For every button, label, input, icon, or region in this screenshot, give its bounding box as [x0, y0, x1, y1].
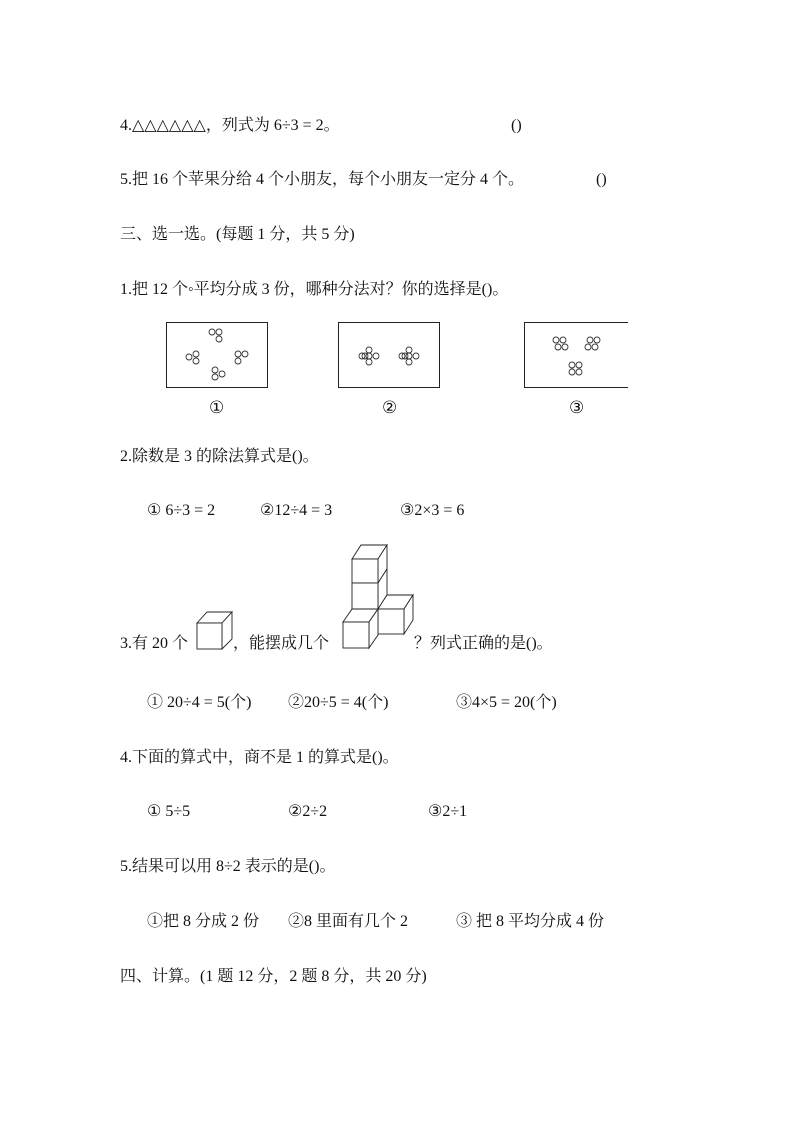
- q3-option-1[interactable]: ① 20÷4 = 5(个): [147, 693, 251, 713]
- q2-option-3[interactable]: ③2×3 = 6: [400, 501, 464, 521]
- figure-label-3[interactable]: ③: [569, 398, 584, 418]
- cube-stack-icon: [342, 543, 414, 651]
- q2-option-1[interactable]: ① 6÷3 = 2: [147, 501, 215, 521]
- judge-answer-5[interactable]: (): [596, 170, 607, 190]
- section-3-heading: 三、选一选。(每题 1 分，共 5 分): [120, 225, 355, 245]
- q4-option-3[interactable]: ③2÷1: [428, 802, 467, 822]
- choice-question-3-part-a: 3.有 20 个: [120, 634, 188, 654]
- choice-question-3-part-c: ？列式正确的是()。: [414, 634, 553, 654]
- judge-answer-4[interactable]: (): [511, 116, 522, 136]
- choice-question-2: 2.除数是 3 的除法算式是()。: [120, 447, 319, 467]
- figure-option-2: [338, 322, 440, 388]
- q3-option-2[interactable]: ②20÷5 = 4(个): [288, 693, 388, 713]
- single-cube-icon: [196, 608, 236, 650]
- q5-option-1[interactable]: ①把 8 分成 2 份: [147, 912, 259, 932]
- choice-question-3-part-b: ，能摆成几个: [233, 634, 329, 654]
- choice-question-5: 5.结果可以用 8÷2 表示的是()。: [120, 857, 335, 877]
- circle-groups-figure-3: [525, 323, 629, 389]
- q4-option-1[interactable]: ① 5÷5: [147, 802, 190, 822]
- figure-option-3: [524, 322, 628, 388]
- q3-option-3[interactable]: ③4×5 = 20(个): [456, 693, 557, 713]
- circle-groups-figure-2: [339, 323, 441, 389]
- figure-option-1: [166, 322, 268, 388]
- q2-option-2[interactable]: ②12÷4 = 3: [260, 501, 332, 521]
- q5-option-2[interactable]: ②8 里面有几个 2: [288, 912, 408, 932]
- figure-label-1[interactable]: ①: [209, 398, 224, 418]
- judge-question-4: 4.△△△△△△，列式为 6÷3 = 2。: [120, 116, 340, 136]
- section-4-heading: 四、计算。(1 题 12 分，2 题 8 分，共 20 分): [120, 967, 427, 987]
- choice-question-4: 4.下面的算式中，商不是 1 的算式是()。: [120, 748, 399, 768]
- figure-label-2[interactable]: ②: [382, 398, 397, 418]
- judge-question-5: 5.把 16 个苹果分给 4 个小朋友，每个小朋友一定分 4 个。: [120, 170, 524, 190]
- circle-groups-figure-1: [167, 323, 269, 389]
- choice-question-1: 1.把 12 个◦平均分成 3 份，哪种分法对？你的选择是()。: [120, 280, 508, 300]
- q5-option-3[interactable]: ③ 把 8 平均分成 4 份: [456, 912, 604, 932]
- q4-option-2[interactable]: ②2÷2: [288, 802, 327, 822]
